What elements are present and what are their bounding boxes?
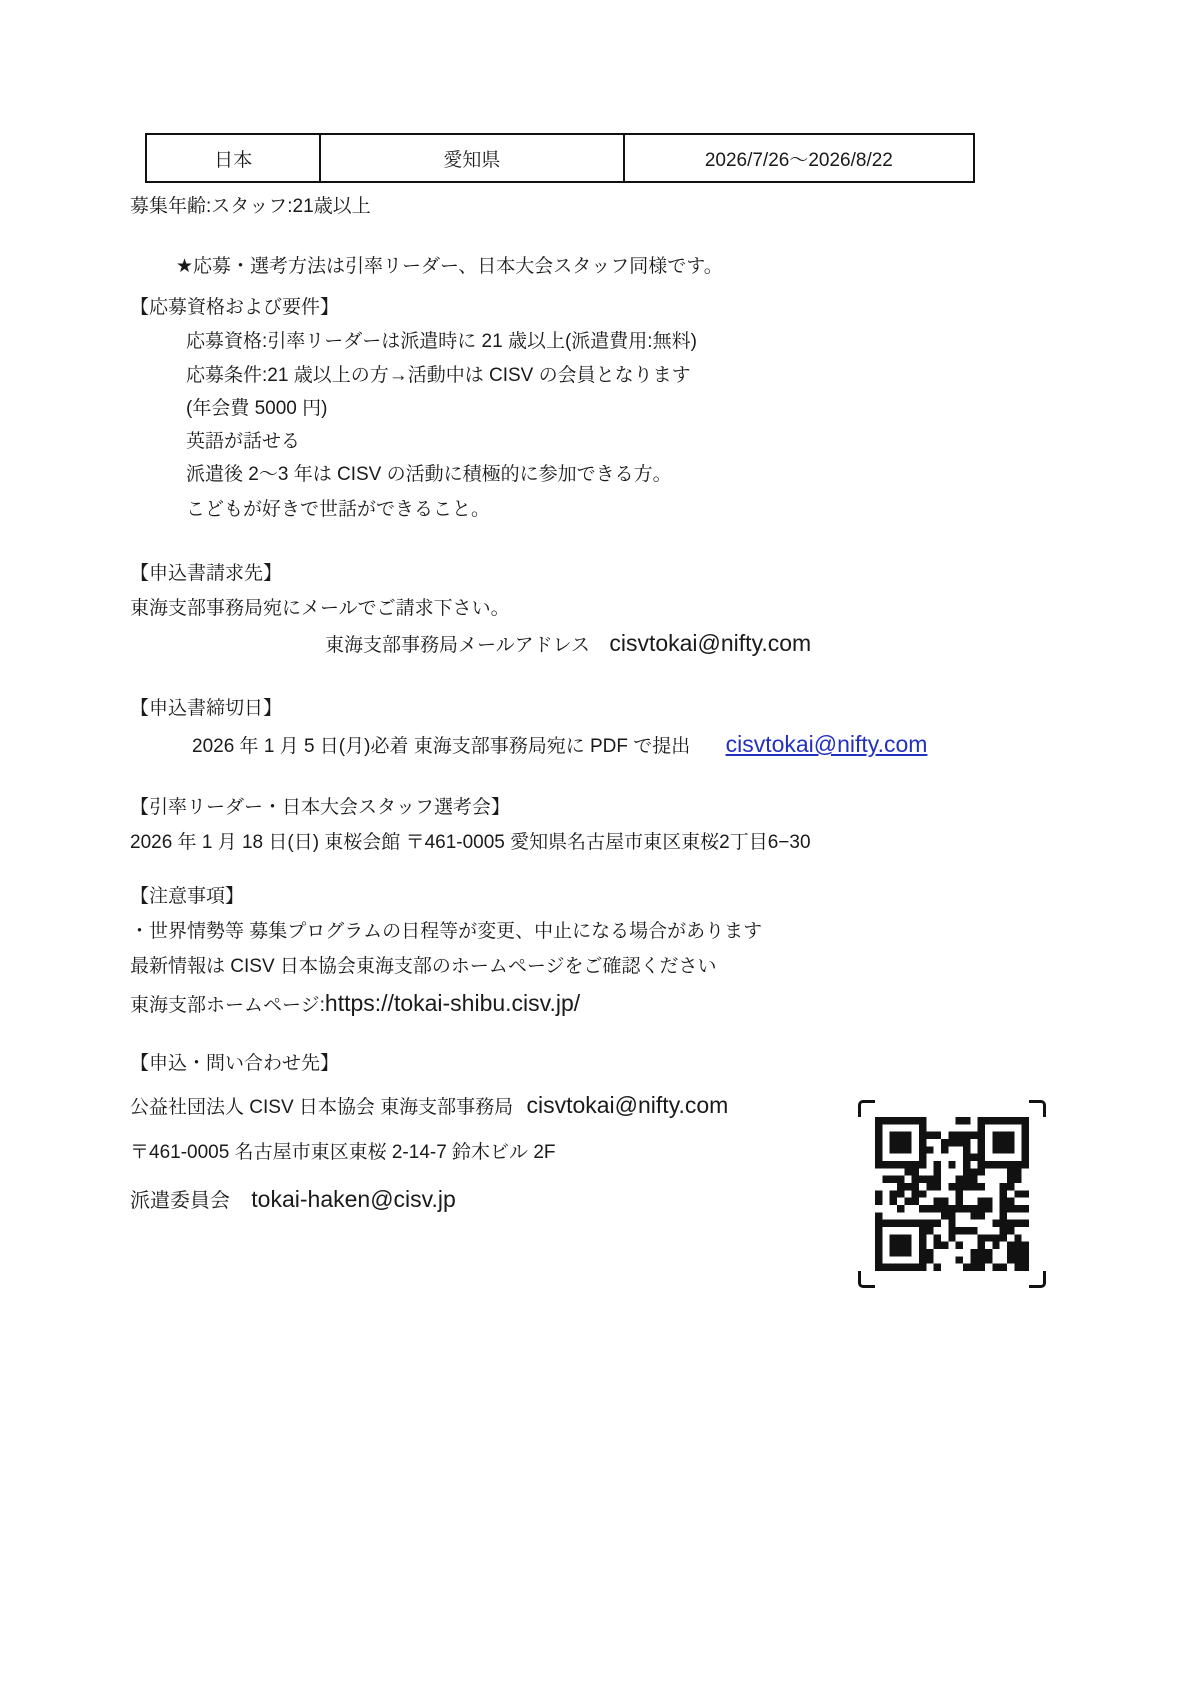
homepage-label: 東海支部ホームページ:	[130, 995, 325, 1016]
homepage-url: https://tokai-shibu.cisv.jp/	[325, 990, 580, 1016]
notes-heading: 【注意事項】	[130, 886, 244, 909]
program-info-table: 日本 愛知県 2026/7/26〜2026/8/22	[145, 133, 975, 183]
qualification-line: 応募資格:引率リーダーは派遣時に 21 歳以上(派遣費用:無料)	[186, 331, 697, 354]
qualification-line: こどもが好きで世話ができること。	[186, 499, 490, 522]
contact-heading: 【申込・問い合わせ先】	[130, 1053, 339, 1076]
email-label: 東海支部事務局メールアドレス	[325, 635, 590, 656]
note-line: 最新情報は CISV 日本協会東海支部のホームページをご確認ください	[130, 956, 717, 979]
table-cell-country: 日本	[147, 135, 321, 181]
qr-code-svg	[875, 1117, 1029, 1271]
table-cell-dates: 2026/7/26〜2026/8/22	[625, 135, 973, 181]
office-email: cisvtokai@nifty.com	[609, 630, 811, 656]
contact-org: 公益社団法人 CISV 日本協会 東海支部事務局	[130, 1097, 513, 1118]
deadline-text: 2026 年 1 月 5 日(月)必着 東海支部事務局宛に PDF で提出	[192, 736, 690, 757]
qualification-line: 英語が話せる	[186, 431, 300, 454]
committee-label: 派遣委員会	[130, 1190, 230, 1212]
homepage-line: 東海支部ホームページ:https://tokai-shibu.cisv.jp/	[130, 990, 580, 1018]
qr-corner-mark	[858, 1271, 875, 1288]
qr-corner-mark	[858, 1100, 875, 1117]
deadline-email-link[interactable]: cisvtokai@nifty.com	[726, 731, 928, 757]
contact-org-email: cisvtokai@nifty.com	[526, 1092, 728, 1118]
contact-org-line: 公益社団法人 CISV 日本協会 東海支部事務局 cisvtokai@nifty…	[130, 1092, 728, 1120]
committee-line: 派遣委員会 tokai-haken@cisv.jp	[130, 1186, 456, 1214]
qualification-line: 派遣後 2〜3 年は CISV の活動に積極的に参加できる方。	[186, 464, 672, 487]
deadline-line: 2026 年 1 月 5 日(月)必着 東海支部事務局宛に PDF で提出 ci…	[192, 731, 927, 759]
deadline-heading: 【申込書締切日】	[130, 698, 282, 721]
request-form-email-line: 東海支部事務局メールアドレス cisvtokai@nifty.com	[325, 630, 811, 658]
selection-line: 2026 年 1 月 18 日(日) 東桜会館 〒461-0005 愛知県名古屋…	[130, 832, 811, 855]
selection-heading: 【引率リーダー・日本大会スタッフ選考会】	[130, 797, 510, 820]
star-note-line: ★応募・選考方法は引率リーダー、日本大会スタッフ同様です。	[176, 256, 723, 279]
contact-address-line: 〒461-0005 名古屋市東区東桜 2-14-7 鈴木ビル 2F	[130, 1142, 556, 1165]
qr-corner-mark	[1029, 1271, 1046, 1288]
qr-code	[858, 1100, 1046, 1288]
request-form-instruction: 東海支部事務局宛にメールでご請求下さい。	[130, 598, 510, 621]
recruit-age-line: 募集年齢:スタッフ:21歳以上	[130, 196, 371, 219]
table-cell-prefecture: 愛知県	[321, 135, 625, 181]
document-page: 日本 愛知県 2026/7/26〜2026/8/22 募集年齢:スタッフ:21歳…	[0, 0, 1200, 1697]
note-line: ・世界情勢等 募集プログラムの日程等が変更、中止になる場合があります	[130, 921, 762, 944]
request-form-heading: 【申込書請求先】	[130, 563, 282, 586]
qr-corner-mark	[1029, 1100, 1046, 1117]
qualifications-heading: 【応募資格および要件】	[130, 297, 339, 320]
qualification-line: 応募条件:21 歳以上の方→活動中は CISV の会員となります	[186, 365, 691, 388]
qualification-line: (年会費 5000 円)	[186, 398, 327, 421]
committee-email: tokai-haken@cisv.jp	[251, 1186, 455, 1212]
